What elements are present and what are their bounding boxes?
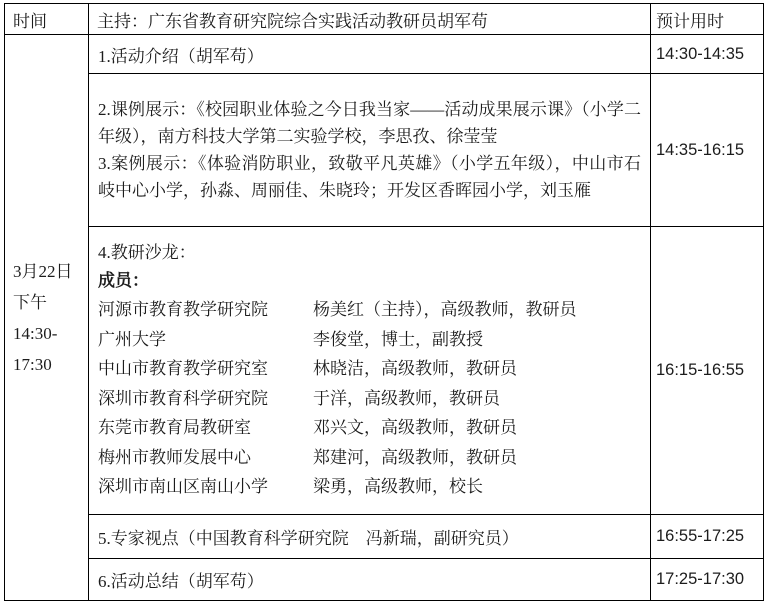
member-person: 林晓洁，高级教师，教研员 (313, 354, 641, 384)
row-presentations: 2.课例展示：《校园职业体验之今日我当家——活动成果展示课》（小学二年级），南方… (5, 74, 764, 227)
item5-time: 16:55-17:25 (656, 527, 744, 545)
member-org: 河源市教育教学研究院 (98, 295, 313, 325)
item5-duration-cell: 16:55-17:25 (651, 515, 764, 559)
member-org: 深圳市南山区南山小学 (98, 472, 313, 502)
item1-content-cell: 1.活动介绍（胡军苟） (89, 35, 651, 74)
header-host-cell: 主持：广东省教育研究院综合实践活动教研员胡军苟 (89, 4, 651, 35)
salon-title: 4.教研沙龙： (98, 239, 641, 266)
member-org: 深圳市教育科学研究院 (98, 384, 313, 414)
date-time-cell: 3月22日 下午 14:30- 17:30 (5, 35, 89, 601)
member-row: 河源市教育教学研究院 杨美红（主持），高级教师，教研员 (98, 295, 641, 325)
item23-time: 14:35-16:15 (656, 141, 744, 159)
row-salon: 4.教研沙龙： 成员： 河源市教育教学研究院 杨美红（主持），高级教师，教研员 … (5, 227, 764, 515)
member-person: 李俊堂，博士，副教授 (313, 325, 641, 355)
member-org: 梅州市教师发展中心 (98, 443, 313, 473)
item1-duration-cell: 14:30-14:35 (651, 35, 764, 74)
end-time-line: 17:30 (13, 349, 84, 380)
item6-duration-cell: 17:25-17:30 (651, 559, 764, 601)
member-person: 杨美红（主持），高级教师，教研员 (313, 295, 641, 325)
row-expert-view: 5.专家视点（中国教育科学研究院 冯新瑞，副研究员） 16:55-17:25 (5, 515, 764, 559)
member-person: 邓兴文，高级教师，教研员 (313, 413, 641, 443)
event-schedule-table: 时间 主持：广东省教育研究院综合实践活动教研员胡军苟 预计用时 3月22日 下午… (4, 3, 764, 601)
period-line: 下午 (13, 287, 84, 318)
item6-time: 17:25-17:30 (656, 570, 744, 588)
item23-duration-cell: 14:35-16:15 (651, 74, 764, 227)
item5-content-cell: 5.专家视点（中国教育科学研究院 冯新瑞，副研究员） (89, 515, 651, 559)
item1-text: 1.活动介绍（胡军苟） (98, 47, 264, 66)
member-row: 广州大学 李俊堂，博士，副教授 (98, 325, 641, 355)
item2-text: 2.课例展示：《校园职业体验之今日我当家——活动成果展示课》（小学二年级），南方… (98, 96, 641, 150)
header-duration-cell: 预计用时 (651, 4, 764, 35)
duration-column-label: 预计用时 (656, 12, 724, 31)
member-row: 中山市教育教学研究室 林晓洁，高级教师，教研员 (98, 354, 641, 384)
member-org: 东莞市教育局教研室 (98, 413, 313, 443)
time-column-label: 时间 (13, 12, 47, 31)
header-row: 时间 主持：广东省教育研究院综合实践活动教研员胡军苟 预计用时 (5, 4, 764, 35)
header-time-cell: 时间 (5, 4, 89, 35)
host-line: 主持：广东省教育研究院综合实践活动教研员胡军苟 (97, 12, 488, 31)
item6-text: 6.活动总结（胡军苟） (98, 572, 264, 591)
member-row: 东莞市教育局教研室 邓兴文，高级教师，教研员 (98, 413, 641, 443)
member-person: 郑建河，高级教师，教研员 (313, 443, 641, 473)
item6-content-cell: 6.活动总结（胡军苟） (89, 559, 651, 601)
member-row: 深圳市南山区南山小学 梁勇，高级教师，校长 (98, 472, 641, 502)
salon-time: 16:15-16:55 (656, 361, 744, 379)
salon-duration-cell: 16:15-16:55 (651, 227, 764, 515)
row-summary: 6.活动总结（胡军苟） 17:25-17:30 (5, 559, 764, 601)
item5-text: 5.专家视点（中国教育科学研究院 冯新瑞，副研究员） (98, 529, 519, 548)
members-label: 成员： (98, 266, 641, 295)
salon-content-cell: 4.教研沙龙： 成员： 河源市教育教学研究院 杨美红（主持），高级教师，教研员 … (89, 227, 651, 515)
date-line: 3月22日 (13, 256, 84, 287)
member-org: 中山市教育教学研究室 (98, 354, 313, 384)
member-row: 深圳市教育科学研究院 于洋，高级教师，教研员 (98, 384, 641, 414)
member-person: 梁勇，高级教师，校长 (313, 472, 641, 502)
item23-content-cell: 2.课例展示：《校园职业体验之今日我当家——活动成果展示课》（小学二年级），南方… (89, 74, 651, 227)
row-activity-intro: 3月22日 下午 14:30- 17:30 1.活动介绍（胡军苟） 14:30-… (5, 35, 764, 74)
start-time-line: 14:30- (13, 318, 84, 349)
item3-text: 3.案例展示：《体验消防职业，致敬平凡英雄》（小学五年级），中山市石岐中心小学，… (98, 150, 641, 204)
item1-time: 14:30-14:35 (656, 45, 744, 63)
member-org: 广州大学 (98, 325, 313, 355)
member-row: 梅州市教师发展中心 郑建河，高级教师，教研员 (98, 443, 641, 473)
member-person: 于洋，高级教师，教研员 (313, 384, 641, 414)
